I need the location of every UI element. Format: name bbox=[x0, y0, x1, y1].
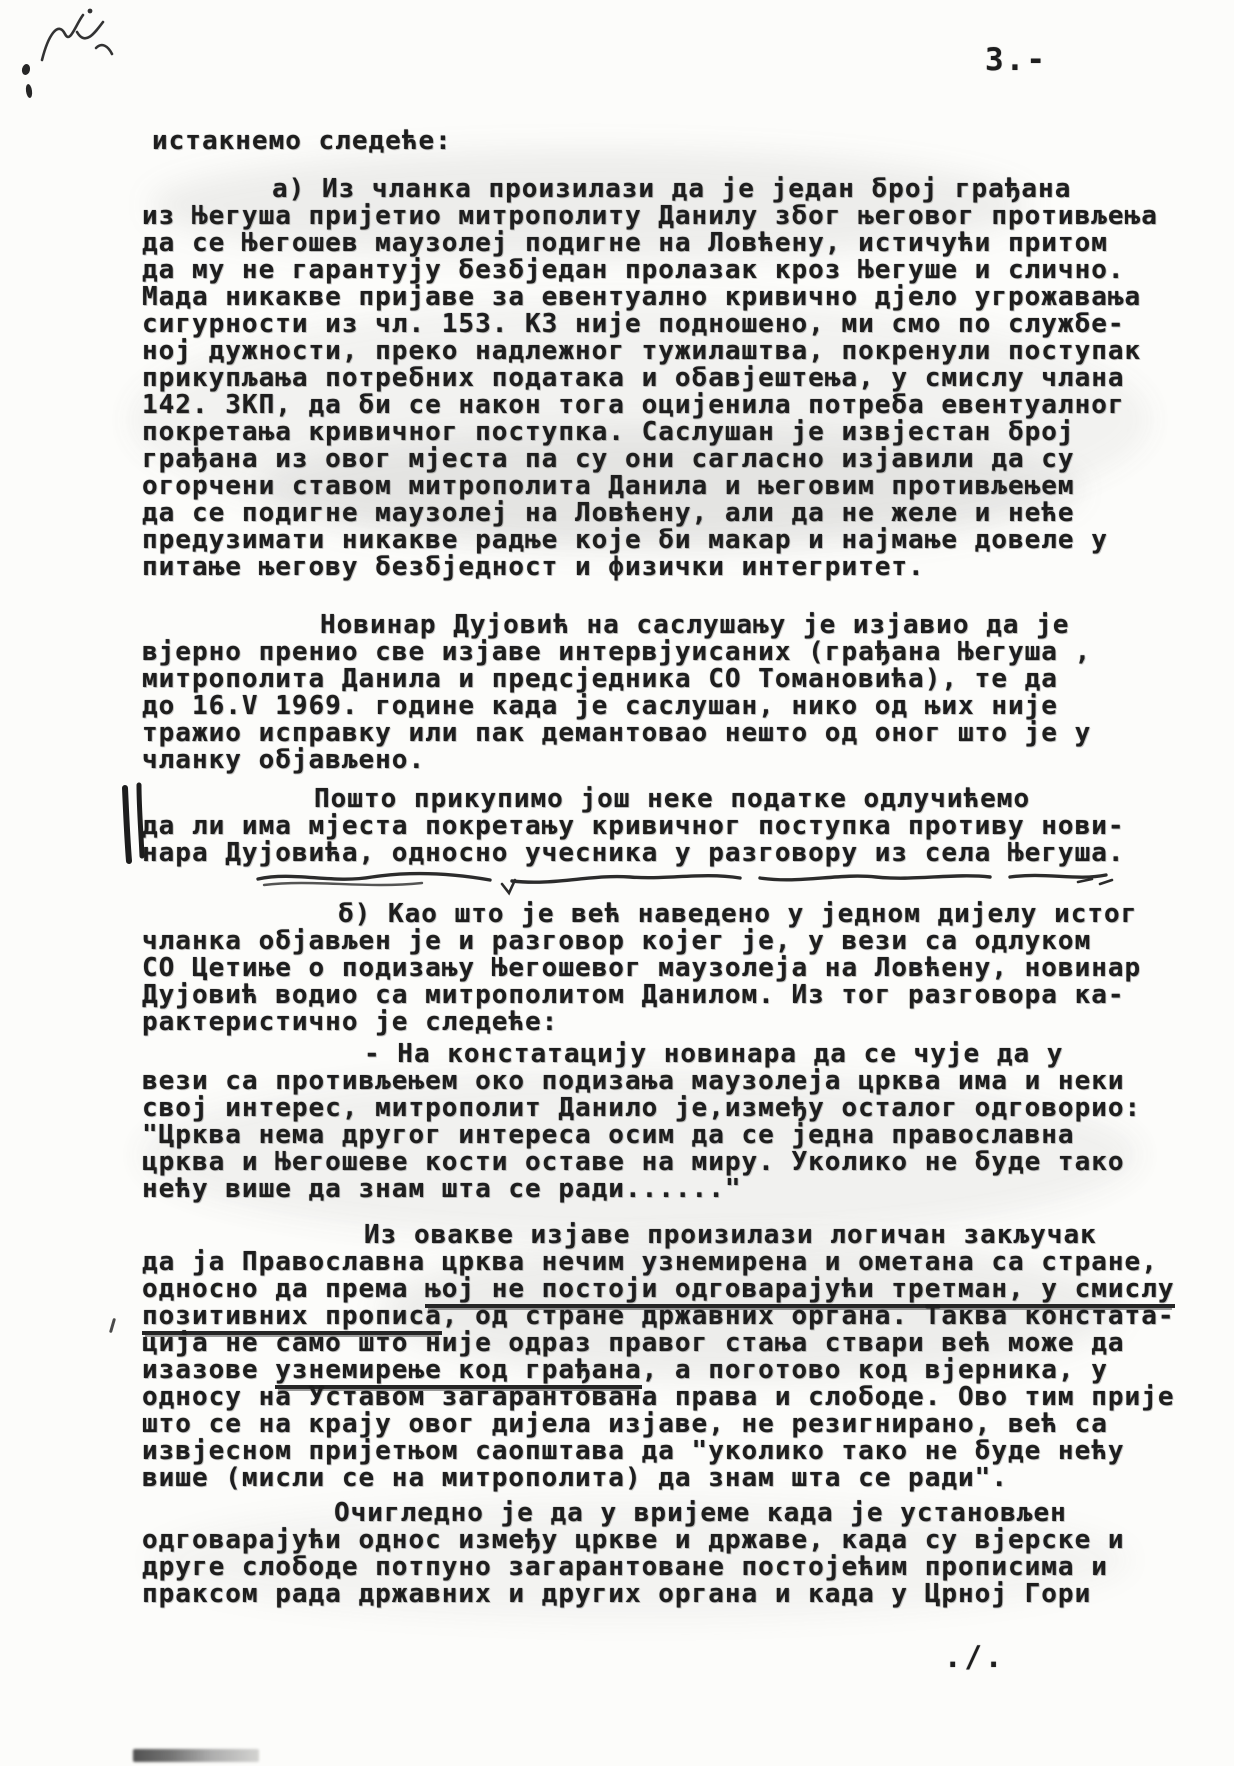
text-segment: да ли има мјеста покретању кривичног пос… bbox=[142, 811, 1125, 841]
text-segment: а) Из чланка произилази да је један број… bbox=[272, 174, 1071, 204]
text-segment: б) Као што је већ наведено у једном дије… bbox=[338, 899, 1137, 929]
text-line: позитивних прописа, од стране државних о… bbox=[142, 1303, 1182, 1330]
end-of-page-mark: ./. bbox=[944, 1640, 1005, 1674]
text-line: да се Његошев маузолеј подигне на Ловћен… bbox=[142, 230, 1182, 257]
text-line: ној дужности, преко надлежног тужилаштва… bbox=[142, 338, 1182, 365]
paragraph-point-b: б) Као што је већ наведено у једном дије… bbox=[142, 901, 1182, 1036]
text-segment: да се Његошев маузолеј подигне на Ловћен… bbox=[142, 228, 1108, 258]
text-segment: до 16.V 1969. године када је саслушан, н… bbox=[142, 691, 1058, 721]
text-segment: Пошто прикупимо још неке податке одлучић… bbox=[314, 784, 1030, 814]
text-segment: Из овакве изјаве произилази логичан закљ… bbox=[364, 1220, 1097, 1250]
text-segment: Новинар Дујовић на саслушању је изјавио … bbox=[320, 610, 1069, 640]
text-segment: - На констатацију новинара да се чује да… bbox=[364, 1039, 1063, 1069]
text-segment: свој интерес, митрополит Данило је,измеђ… bbox=[142, 1093, 1141, 1123]
text-line: грађана из овог мјеста па су они сагласн… bbox=[142, 446, 1182, 473]
text-line: црква и Његошеве кости оставе на миру. У… bbox=[142, 1149, 1182, 1176]
text-segment: предузимати никакве радње које би макар … bbox=[142, 525, 1108, 555]
text-line: б) Као што је већ наведено у једном дије… bbox=[142, 901, 1182, 928]
text-line: вјерно пренио све изјаве интервјуисаних … bbox=[142, 639, 1182, 666]
text-segment: Очигледно је да у вријеме када је устано… bbox=[334, 1498, 1067, 1528]
text-line: да се подигне маузолеј на Ловћену, али д… bbox=[142, 500, 1182, 527]
text-line: друге слободе потпуно загарантоване пост… bbox=[142, 1554, 1182, 1581]
text-segment: СО Цетиње о подизању Његошевог маузолеја… bbox=[142, 953, 1141, 983]
ink-dot bbox=[25, 84, 33, 99]
paragraph-closing: Очигледно је да у вријеме када је устано… bbox=[142, 1500, 1182, 1608]
text-segment: 142. ЗКП, да би се након тога оцијенила … bbox=[142, 390, 1125, 420]
text-segment: , од стране државних органа. Таква конст… bbox=[442, 1301, 1175, 1331]
text-line: ција не само што није одраз правог стања… bbox=[142, 1330, 1182, 1357]
text-segment: што се на крају овог дијела изјаве, не р… bbox=[142, 1409, 1108, 1439]
text-segment: из Његуша пријетио митрополиту Данилу зб… bbox=[142, 201, 1158, 231]
text-line: митрополита Данила и предсједника СО Том… bbox=[142, 666, 1182, 693]
text-segment: више (мисли се на митрополита) да знам ш… bbox=[142, 1463, 1008, 1493]
text-line: "Црква нема другог интереса осим да се ј… bbox=[142, 1122, 1182, 1149]
text-segment: вези са противљењем око подизања маузоле… bbox=[142, 1066, 1125, 1096]
text-line: тражио исправку или пак демантовао нешто… bbox=[142, 720, 1182, 747]
text-line: сигурности из чл. 153. КЗ није подношено… bbox=[142, 311, 1182, 338]
text-segment: огорчени ставом митрополита Данила и њег… bbox=[142, 471, 1075, 501]
text-segment: рактеристично је следеће: bbox=[142, 1007, 558, 1037]
text-line: чланка објављен је и разговор којег је, … bbox=[142, 928, 1182, 955]
scanned-document-page: 3.- истакнемо следеће:а) Из чланка произ… bbox=[0, 0, 1234, 1766]
text-line: односно да према њој не постоји одговара… bbox=[142, 1276, 1182, 1303]
text-segment: односу на Уставом загарантована права и … bbox=[142, 1382, 1175, 1412]
text-segment: сигурности из чл. 153. КЗ није подношено… bbox=[142, 309, 1125, 339]
text-segment: вјерно пренио све изјаве интервјуисаних … bbox=[142, 637, 1091, 667]
text-line: Пошто прикупимо још неке податке одлучић… bbox=[142, 786, 1182, 813]
paragraph-conclusion-from-statement: Из овакве изјаве произилази логичан закљ… bbox=[142, 1222, 1182, 1492]
text-line: праксом рада државних и других органа и … bbox=[142, 1581, 1182, 1608]
text-line: више (мисли се на митрополита) да знам ш… bbox=[142, 1465, 1182, 1492]
text-segment: ција не само што није одраз правог стања… bbox=[142, 1328, 1125, 1358]
text-line: Дујовић водио са митрополитом Данилом. И… bbox=[142, 982, 1182, 1009]
paragraph-further-data: Пошто прикупимо још неке податке одлучић… bbox=[142, 786, 1182, 867]
text-line: прикупљања потребних података и обавјешт… bbox=[142, 365, 1182, 392]
paragraph-journalist-statement: Новинар Дујовић на саслушању је изјавио … bbox=[142, 612, 1182, 774]
text-line: одговарајући однос између цркве и државе… bbox=[142, 1527, 1182, 1554]
text-segment: "Црква нема другог интереса осим да се ј… bbox=[142, 1120, 1075, 1150]
text-segment: извјесном пријетњом саопштава да "уколик… bbox=[142, 1436, 1125, 1466]
text-segment: да се подигне маузолеј на Ловћену, али д… bbox=[142, 498, 1075, 528]
text-line: СО Цетиње о подизању Његошевог маузолеја… bbox=[142, 955, 1182, 982]
pencil-tick bbox=[109, 1318, 116, 1333]
paragraph-point-a: а) Из чланка произилази да је један број… bbox=[142, 176, 1182, 581]
text-segment: истакнемо следеће: bbox=[152, 126, 452, 156]
text-segment: Дујовић водио са митрополитом Данилом. И… bbox=[142, 980, 1125, 1010]
text-segment: митрополита Данила и предсједника СО Том… bbox=[142, 664, 1058, 694]
text-segment: друге слободе потпуно загарантоване пост… bbox=[142, 1552, 1108, 1582]
text-line: рактеристично је следеће: bbox=[142, 1009, 1182, 1036]
text-segment: нара Дујовића, односно учесника у разгов… bbox=[142, 838, 1125, 868]
scan-smudge bbox=[133, 1749, 259, 1762]
text-line: да ли има мјеста покретању кривичног пос… bbox=[142, 813, 1182, 840]
text-line: покретања кривичног поступка. Саслушан ј… bbox=[142, 419, 1182, 446]
text-line: извјесном пријетњом саопштава да "уколик… bbox=[142, 1438, 1182, 1465]
text-segment: да ја Православна црква нечим узнемирена… bbox=[142, 1247, 1158, 1277]
text-segment: чланка објављен је и разговор којег је, … bbox=[142, 926, 1091, 956]
text-segment: , а поготово код вјерника, у bbox=[642, 1355, 1108, 1385]
text-segment: изазове bbox=[142, 1355, 275, 1385]
text-segment: Мада никакве пријаве за евентуално криви… bbox=[142, 282, 1141, 312]
text-line: из Његуша пријетио митрополиту Данилу зб… bbox=[142, 203, 1182, 230]
text-line: Мада никакве пријаве за евентуално криви… bbox=[142, 284, 1182, 311]
text-line: - На констатацију новинара да се чује да… bbox=[142, 1041, 1182, 1068]
text-segment: праксом рада државних и других органа и … bbox=[142, 1579, 1091, 1609]
text-line: свој интерес, митрополит Данило је,измеђ… bbox=[142, 1095, 1182, 1122]
text-segment: односно да према bbox=[142, 1274, 425, 1304]
text-segment: тражио исправку или пак демантовао нешто… bbox=[142, 718, 1091, 748]
text-line: до 16.V 1969. године када је саслушан, н… bbox=[142, 693, 1182, 720]
text-line: истакнемо следеће: bbox=[142, 128, 1182, 155]
text-line: предузимати никакве радње које би макар … bbox=[142, 527, 1182, 554]
text-segment: грађана из овог мјеста па су они сагласн… bbox=[142, 444, 1075, 474]
text-segment: питање његову безбједност и физички инте… bbox=[142, 552, 925, 582]
text-segment: нећу више да знам шта се ради......" bbox=[142, 1174, 742, 1204]
text-line: нећу више да знам шта се ради......" bbox=[142, 1176, 1182, 1203]
text-line: Очигледно је да у вријеме када је устано… bbox=[142, 1500, 1182, 1527]
text-line: што се на крају овог дијела изјаве, не р… bbox=[142, 1411, 1182, 1438]
wavy-pencil-underline bbox=[254, 864, 1134, 898]
text-line: да ја Православна црква нечим узнемирена… bbox=[142, 1249, 1182, 1276]
handwritten-scribble bbox=[26, 2, 136, 82]
text-line: а) Из чланка произилази да је један број… bbox=[142, 176, 1182, 203]
text-line: Из овакве изјаве произилази логичан закљ… bbox=[142, 1222, 1182, 1249]
text-line: 142. ЗКП, да би се након тога оцијенила … bbox=[142, 392, 1182, 419]
text-line: огорчени ставом митрополита Данила и њег… bbox=[142, 473, 1182, 500]
text-line: чланку објављено. bbox=[142, 747, 1182, 774]
text-line: изазове узнемирење код грађана, а погото… bbox=[142, 1357, 1182, 1384]
paragraph-intro: истакнемо следеће: bbox=[142, 128, 1182, 155]
text-segment: покретања кривичног поступка. Саслушан ј… bbox=[142, 417, 1075, 447]
text-segment: црква и Његошеве кости оставе на миру. У… bbox=[142, 1147, 1125, 1177]
text-line: Новинар Дујовић на саслушању је изјавио … bbox=[142, 612, 1182, 639]
text-segment: ној дужности, преко надлежног тужилаштва… bbox=[142, 336, 1141, 366]
page-number: 3.- bbox=[985, 42, 1047, 78]
ink-dot bbox=[21, 63, 31, 75]
text-segment: да му не гарантују безбједан пролазак кр… bbox=[142, 255, 1125, 285]
paragraph-metropolitan-quote: - На констатацију новинара да се чује да… bbox=[142, 1041, 1182, 1203]
text-line: односу на Уставом загарантована права и … bbox=[142, 1384, 1182, 1411]
text-line: питање његову безбједност и физички инте… bbox=[142, 554, 1182, 581]
text-segment: прикупљања потребних података и обавјешт… bbox=[142, 363, 1125, 393]
text-line: нара Дујовића, односно учесника у разгов… bbox=[142, 840, 1182, 867]
text-segment: чланку објављено. bbox=[142, 745, 425, 775]
text-segment: одговарајући однос између цркве и државе… bbox=[142, 1525, 1125, 1555]
text-line: да му не гарантују безбједан пролазак кр… bbox=[142, 257, 1182, 284]
text-line: вези са противљењем око подизања маузоле… bbox=[142, 1068, 1182, 1095]
